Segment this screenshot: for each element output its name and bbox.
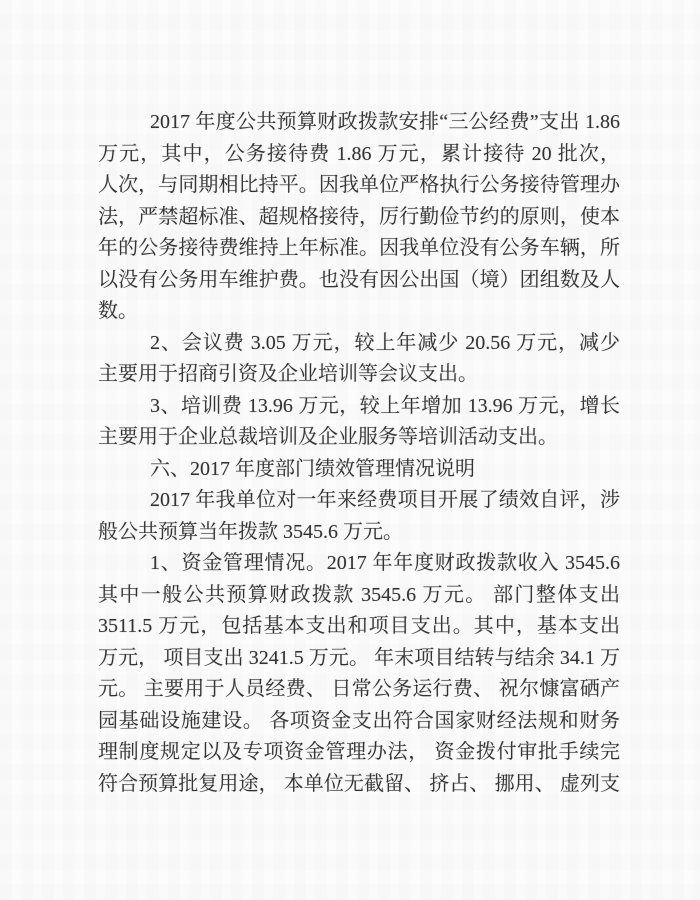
text-line: 年的公务接待费维持上年标准。因我单位没有公务车辆，所 bbox=[98, 233, 620, 265]
text-line: 3511.5 万元，包括基本支出和项目支出。其中，基本支出 270 bbox=[98, 611, 620, 643]
text-line: 2、会议费 3.05 万元，较上年减少 20.56 万元，减少 87%。 bbox=[98, 328, 620, 360]
text-line: 2017 年我单位对一年来经费项目开展了绩效自评，涉及一 bbox=[98, 485, 620, 517]
text-line: 万元， 项目支出 3241.5 万元。 年末项目结转与结余 34.1 万 bbox=[98, 643, 620, 675]
text-line: 其中一般公共预算财政拨款 3545.6 万元。 部门整体支出 bbox=[98, 580, 620, 612]
text-line: 符合预算批复用途， 本单位无截留、 挤占、 挪用、 虚列支出 bbox=[98, 769, 620, 801]
section-heading-line: 六、2017 年度部门绩效管理情况说明 bbox=[98, 454, 620, 486]
text-line: 人次，与同期相比持平。因我单位严格执行公务接待管理办 bbox=[98, 170, 620, 202]
text-line: 法，严禁超标准、超规格接待，厉行勤俭节约的原则，使本 bbox=[98, 202, 620, 234]
text-line: 以没有公务用车维护费。也没有因公出国（境）团组数及人 bbox=[98, 265, 620, 297]
text-line: 主要用于企业总裁培训及企业服务等培训活动支出。 bbox=[98, 422, 620, 454]
text-line: 数。 bbox=[98, 296, 620, 328]
text-line: 园基础设施建设。 各项资金支出符合国家财经法规和财务管 bbox=[98, 706, 620, 738]
text-line: 2017 年度公共预算财政拨款安排“三公经费”支出 1.86 bbox=[98, 107, 620, 139]
text-line: 万元，其中，公务接待费 1.86 万元，累计接待 20 批次， 213 bbox=[98, 139, 620, 171]
text-line: 主要用于招商引资及企业培训等会议支出。 bbox=[98, 359, 620, 391]
document-text-block: 2017 年度公共预算财政拨款安排“三公经费”支出 1.86万元，其中，公务接待… bbox=[98, 107, 620, 800]
text-line: 元。 主要用于人员经费、 日常公务运行费、 祝尔慷富硒产业 bbox=[98, 674, 620, 706]
text-line: 3、培训费 13.96 万元，较上年增加 13.96 万元，增长 100%。 bbox=[98, 391, 620, 423]
scanned-document-page: 2017 年度公共预算财政拨款安排“三公经费”支出 1.86万元，其中，公务接待… bbox=[0, 0, 700, 900]
text-line: 1、资金管理情况。2017 年年度财政拨款收入 3545.6 万元， bbox=[98, 548, 620, 580]
text-line: 理制度规定以及专项资金管理办法， 资金拨付审批手续完备， bbox=[98, 737, 620, 769]
text-line: 般公共预算当年拨款 3545.6 万元。 bbox=[98, 517, 620, 549]
